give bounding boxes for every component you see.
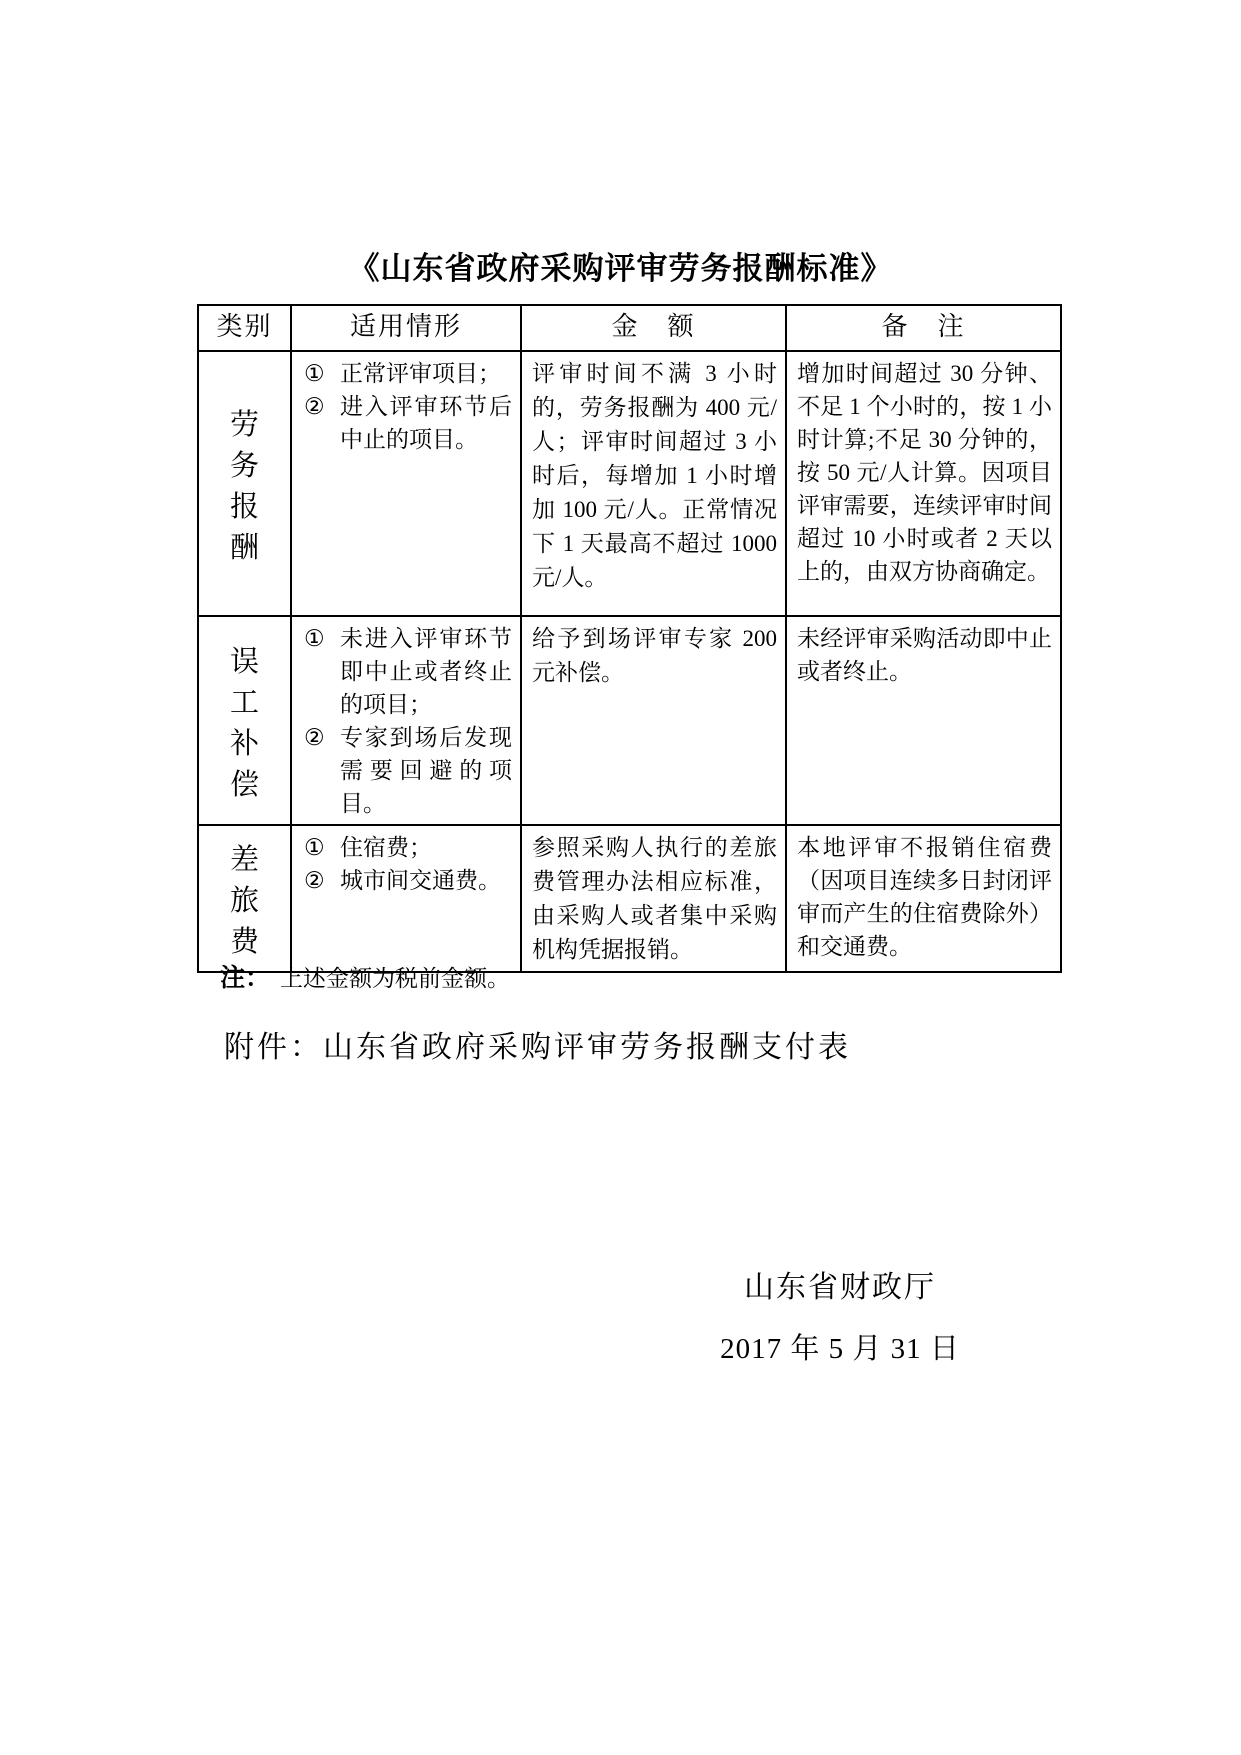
amount-text: 参照采购人执行的差旅费管理办法相应标准，由采购人或者集中采购机构凭据报销。 [522,826,785,971]
remuneration-standard-table: 类别 适用情形 金 额 备 注 劳 务 报 酬 ① 正常评审项目； [197,304,1062,973]
situation-cell: ① 未进入评审环节即中止或者终止的项目； ② 专家到场后发现需要回避的项目。 [291,616,521,825]
situation-marker: ② [304,864,325,897]
footnote-label: 注： [220,965,270,992]
situation-cell: ① 住宿费； ② 城市间交通费。 [291,825,521,972]
remark-text: 未经评审采购活动即中止或者终止。 [787,617,1060,692]
situation-marker: ① [304,357,325,390]
situation-list: ① 未进入评审环节即中止或者终止的项目； ② 专家到场后发现需要回避的项目。 [292,617,520,824]
remark-text: 增加时间超过 30 分钟、不足 1 个小时的，按 1 小时计算;不足 30 分钟… [787,352,1060,592]
remark-cell: 未经评审采购活动即中止或者终止。 [786,616,1061,825]
table-row-labor-remuneration: 劳 务 报 酬 ① 正常评审项目； ② 进入评审环节后中止的项目。 [198,351,1061,616]
signature-organization: 山东省财政厅 [680,1262,1000,1306]
situation-item: ① 未进入评审环节即中止或者终止的项目； [302,622,512,721]
document-title: 《山东省政府采购评审劳务报酬标准》 [0,243,1241,288]
table-row-lost-work-compensation: 误 工 补 偿 ① 未进入评审环节即中止或者终止的项目； ② 专家到场后发现需要… [198,616,1061,825]
category-cell: 差 旅 费 [198,825,291,972]
remark-text: 本地评审不报销住宿费（因项目连续多日封闭评审而产生的住宿费除外）和交通费。 [787,826,1060,967]
amount-cell: 给予到场评审专家 200 元补偿。 [521,616,786,825]
situation-item: ② 进入评审环节后中止的项目。 [302,390,512,456]
category-cell: 误 工 补 偿 [198,616,291,825]
category-vertical-label: 劳 务 报 酬 [199,402,290,566]
footnote-text: 上述金额为税前金额。 [280,966,510,991]
table-row-travel-expenses: 差 旅 费 ① 住宿费； ② 城市间交通费。 参照 [198,825,1061,972]
amount-text: 评审时间不满 3 小时的，劳务报酬为 400 元/人；评审时间超过 3 小时后，… [522,352,785,599]
situation-cell: ① 正常评审项目； ② 进入评审环节后中止的项目。 [291,351,521,616]
category-cell: 劳 务 报 酬 [198,351,291,616]
situation-marker: ② [304,721,325,754]
amount-cell: 参照采购人执行的差旅费管理办法相应标准，由采购人或者集中采购机构凭据报销。 [521,825,786,972]
header-cell-amount: 金 额 [521,305,786,351]
remark-cell: 增加时间超过 30 分钟、不足 1 个小时的，按 1 小时计算;不足 30 分钟… [786,351,1061,616]
category-vertical-label: 差 旅 费 [199,837,290,960]
situation-text: 正常评审项目； [340,361,501,386]
amount-cell: 评审时间不满 3 小时的，劳务报酬为 400 元/人；评审时间超过 3 小时后，… [521,351,786,616]
situation-text: 未进入评审环节即中止或者终止的项目； [340,626,512,717]
situation-marker: ① [304,622,325,655]
document-page: 《山东省政府采购评审劳务报酬标准》 类别 适用情形 金 额 备 注 劳 务 报 … [0,0,1241,1755]
situation-text: 专家到场后发现需要回避的项目。 [340,725,512,816]
signature-date: 2017 年 5 月 31 日 [660,1326,1020,1367]
situation-text: 城市间交通费。 [340,868,501,893]
situation-list: ① 正常评审项目； ② 进入评审环节后中止的项目。 [292,352,520,460]
situation-item: ① 住宿费； [302,831,512,864]
situation-marker: ② [304,390,325,423]
header-cell-category: 类别 [198,305,291,351]
situation-item: ② 专家到场后发现需要回避的项目。 [302,721,512,820]
remark-cell: 本地评审不报销住宿费（因项目连续多日封闭评审而产生的住宿费除外）和交通费。 [786,825,1061,972]
header-cell-remark: 备 注 [786,305,1061,351]
footnote: 注：上述金额为税前金额。 [220,958,510,994]
situation-text: 进入评审环节后中止的项目。 [340,394,512,452]
situation-text: 住宿费； [340,835,432,860]
situation-marker: ① [304,831,325,864]
header-cell-situation: 适用情形 [291,305,521,351]
amount-text: 给予到场评审专家 200 元补偿。 [522,617,785,694]
situation-list: ① 住宿费； ② 城市间交通费。 [292,826,520,901]
category-vertical-label: 误 工 补 偿 [199,639,290,803]
table-header-row: 类别 适用情形 金 额 备 注 [198,305,1061,351]
situation-item: ① 正常评审项目； [302,357,512,390]
attachment-line: 附件：山东省政府采购评审劳务报酬支付表 [224,1022,851,1066]
situation-item: ② 城市间交通费。 [302,864,512,897]
